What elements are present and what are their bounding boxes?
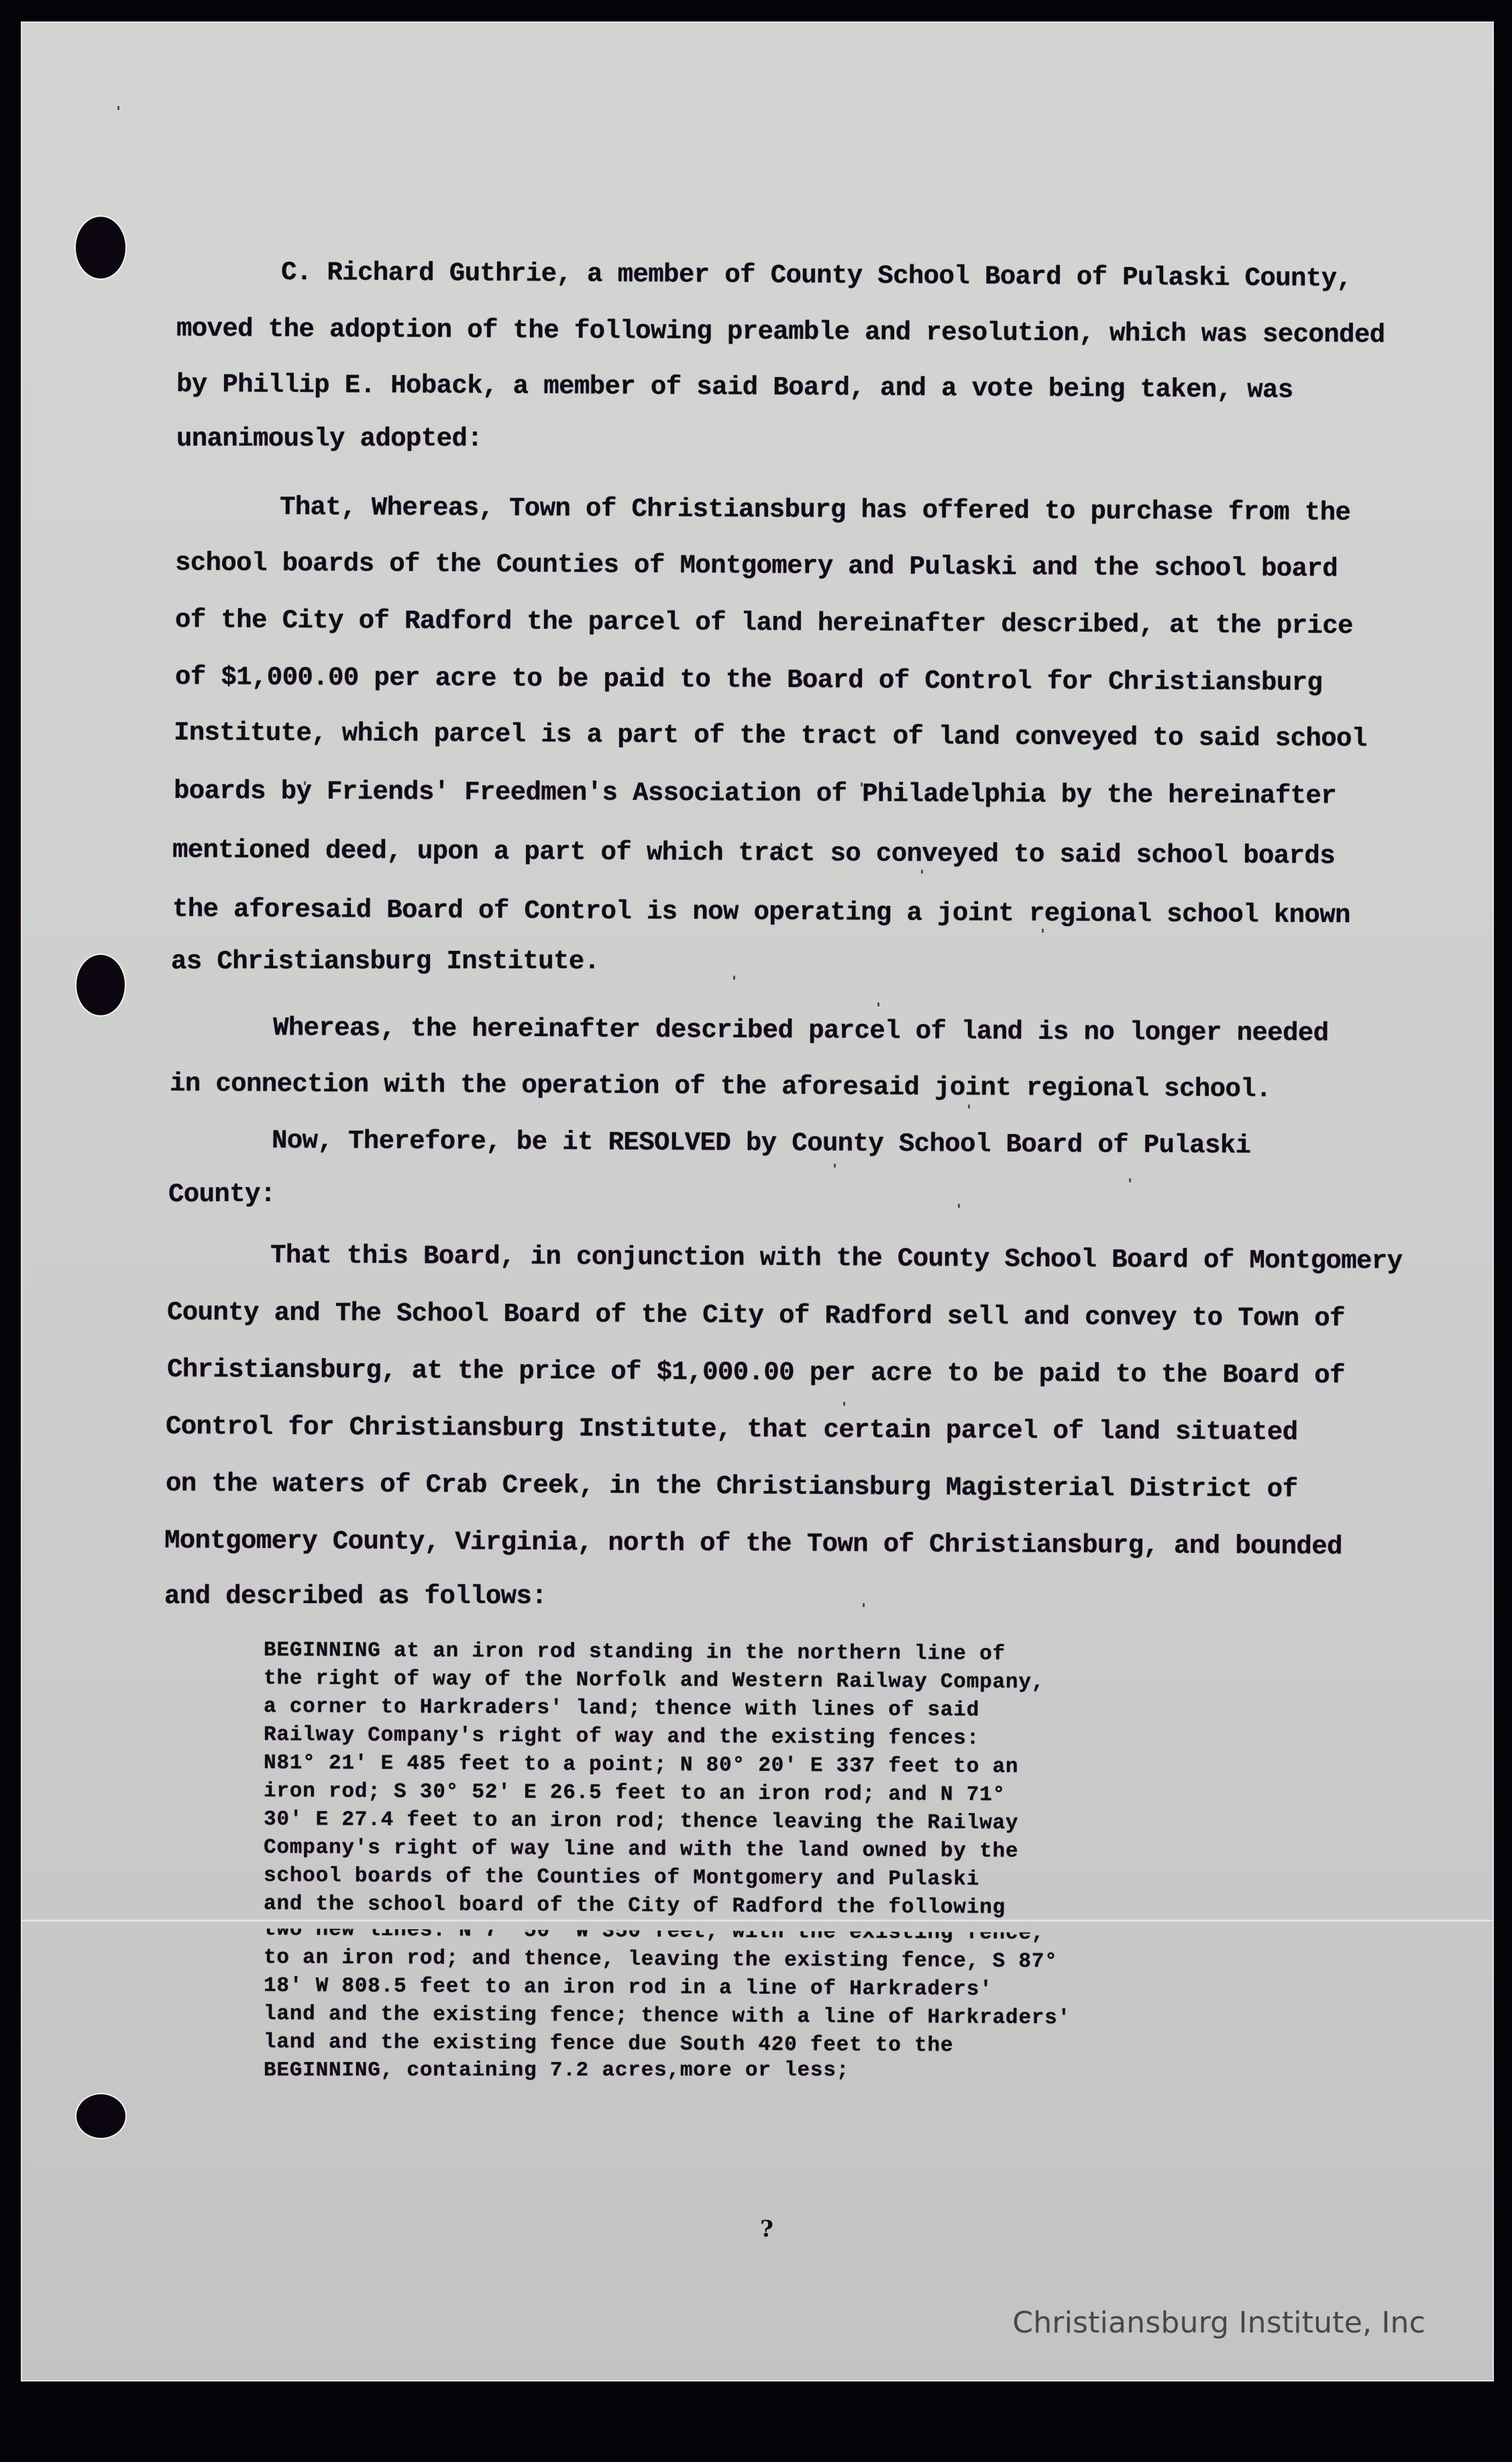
- dust-speck: [921, 870, 923, 874]
- description-line: N81° 21' E 485 feet to a point; N 80° 20…: [264, 1753, 1019, 1778]
- dust-speck: [877, 1003, 879, 1007]
- dust-speck: [780, 843, 782, 847]
- dust-speck: [968, 1105, 970, 1109]
- description-line: land and the existing fence due South 42…: [264, 2032, 954, 2056]
- dust-speck: [666, 794, 668, 799]
- document-page: C. Richard Guthrie, a member of County S…: [22, 23, 1493, 2380]
- description-line: BEGINNING, containing 7.2 acres,more or …: [264, 2060, 849, 2081]
- stray-typed-mark: ?: [760, 2216, 773, 2243]
- dust-speck: [861, 782, 863, 786]
- dust-speck: [1129, 1178, 1131, 1182]
- property-description-block: BEGINNING at an iron rod standing in the…: [22, 23, 1493, 2380]
- description-line: 18' W 808.5 feet to an iron rod in a lin…: [264, 1976, 993, 2000]
- paper-fold-crease: [22, 1919, 1493, 1922]
- dust-speck: [117, 106, 119, 110]
- dust-speck: [958, 1204, 960, 1208]
- description-line: 30' E 27.4 feet to an iron rod; thence l…: [264, 1809, 1019, 1834]
- dust-speck: [863, 1603, 865, 1607]
- description-line: BEGINNING at an iron rod standing in the…: [264, 1640, 1006, 1665]
- description-line: and the school board of the City of Radf…: [264, 1894, 1006, 1918]
- description-line: land and the existing fence; thence with…: [264, 2004, 1071, 2029]
- description-line: the right of way of the Norfolk and West…: [264, 1668, 1044, 1693]
- description-line: Company's right of way line and with the…: [264, 1837, 1019, 1862]
- dust-speck: [304, 781, 306, 785]
- description-line: iron rod; S 30° 52' E 26.5 feet to an ir…: [264, 1781, 1006, 1806]
- description-line: to an iron rod; and thence, leaving the …: [264, 1947, 1058, 1972]
- dust-speck: [834, 1164, 836, 1168]
- description-line: a corner to Harkraders' land; thence wit…: [264, 1696, 979, 1721]
- archive-watermark: Christiansburg Institute, Inc: [1012, 2306, 1425, 2340]
- description-line: Railway Company's right of way and the e…: [264, 1725, 979, 1749]
- dust-speck: [1042, 929, 1044, 933]
- description-line: school boards of the Counties of Montgom…: [264, 1865, 979, 1890]
- dust-speck: [733, 976, 735, 980]
- description-line-partially-obscured: two new lines: N 7° 50' W 350 feet, with…: [264, 1919, 1044, 1944]
- dust-speck: [843, 1402, 845, 1406]
